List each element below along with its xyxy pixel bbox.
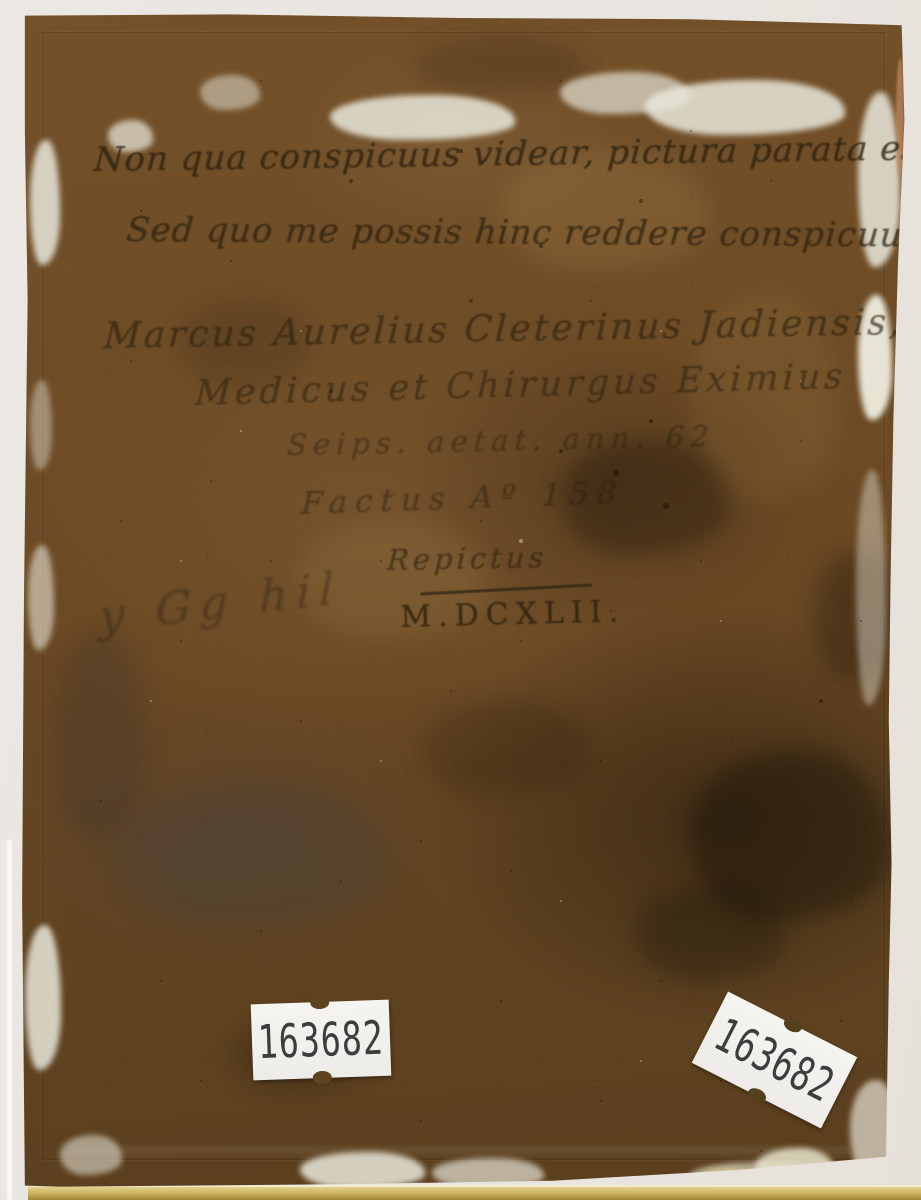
- paint-loss-patch: [850, 1080, 898, 1180]
- photo-background: Non qua conspicuus videar, pictura parat…: [0, 0, 921, 1200]
- stain-smudge: [115, 785, 385, 925]
- stain-smudge: [55, 630, 145, 840]
- stain-smudge: [635, 885, 785, 980]
- paint-loss-patch: [200, 75, 260, 110]
- inscription-date-roman: M.DCXLII.: [400, 594, 626, 635]
- label-notch: [310, 996, 329, 1010]
- paint-loss-patch: [645, 80, 845, 135]
- inscription-line-2: Sed quo me possis hinc reddere conspicuu…: [125, 210, 921, 256]
- backdrop-seam: [7, 840, 12, 1200]
- paint-loss-patch: [25, 925, 61, 1070]
- ink-speckles: [0, 0, 2, 2]
- inscription-line-7: Repictus: [386, 540, 548, 577]
- stain-smudge: [420, 700, 590, 795]
- paint-loss-patch: [330, 95, 515, 140]
- shelf-edge: [28, 1185, 921, 1200]
- light-speckles: [0, 0, 2, 2]
- paint-loss-patch: [856, 470, 886, 705]
- inventory-label-left: 163682: [251, 1000, 392, 1081]
- paint-loss-patch: [300, 1152, 425, 1188]
- inventory-number: 163682: [257, 1011, 385, 1069]
- paint-loss-patch: [30, 140, 60, 265]
- copper-plate-verso: Non qua conspicuus videar, pictura parat…: [0, 0, 921, 1200]
- stain-smudge: [415, 38, 585, 93]
- paint-loss-patch: [60, 1135, 122, 1175]
- paint-loss-patch: [30, 380, 52, 470]
- paint-loss-patch: [755, 1148, 835, 1188]
- paint-loss-patch: [432, 1158, 544, 1188]
- paint-loss-patch: [28, 545, 54, 650]
- plate-bottom-ridge: [70, 1146, 850, 1155]
